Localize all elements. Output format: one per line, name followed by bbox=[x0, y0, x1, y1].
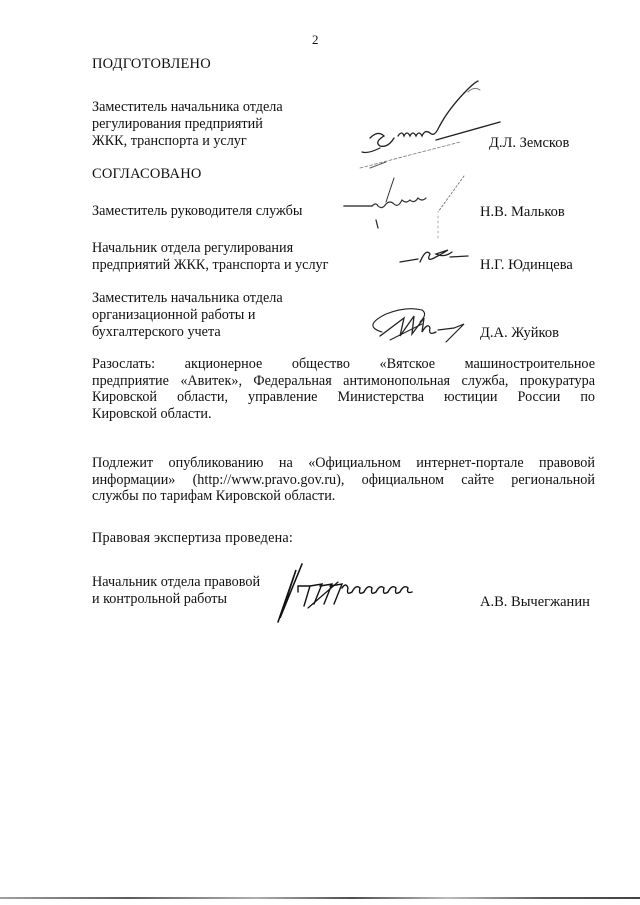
legal-review-statement: Правовая экспертиза проведена: bbox=[92, 530, 293, 547]
role-line: Заместитель руководителя службы bbox=[92, 203, 302, 220]
distribution-line: Разослать: акционерное общество «Вятское… bbox=[92, 356, 595, 373]
role-line: Заместитель начальника отдела bbox=[92, 290, 283, 307]
signatory-name-zhuikov: Д.А. Жуйков bbox=[480, 325, 559, 342]
publication-line: информации» (http://www.pravo.gov.ru), о… bbox=[92, 472, 595, 489]
signatory-role-vychegzhanin: Начальник отдела правовой и контрольной … bbox=[92, 574, 260, 608]
signatory-name-zemskov: Д.Л. Земсков bbox=[489, 135, 569, 152]
signatory-name-vychegzhanin: А.В. Вычегжанин bbox=[480, 594, 590, 611]
role-line: и контрольной работы bbox=[92, 591, 260, 608]
signatory-role-zemskov: Заместитель начальника отдела регулирова… bbox=[92, 99, 283, 150]
role-line: Заместитель начальника отдела bbox=[92, 99, 283, 116]
signature-zhuikov bbox=[362, 306, 482, 346]
publication-line: службы по тарифам Кировской области. bbox=[92, 488, 595, 505]
distribution-line: предприятие «Авитек», Федеральная антимо… bbox=[92, 373, 595, 390]
role-line: организационной работы и bbox=[92, 307, 283, 324]
role-line: бухгалтерского учета bbox=[92, 324, 283, 341]
role-line: ЖКК, транспорта и услуг bbox=[92, 133, 283, 150]
publication-line: Подлежит опубликованию на «Официальном и… bbox=[92, 455, 595, 472]
signatory-role-zhuikov: Заместитель начальника отдела организаци… bbox=[92, 290, 283, 341]
role-line: Начальник отдела правовой bbox=[92, 574, 260, 591]
distribution-line: Кировской области, управление Министерст… bbox=[92, 389, 595, 406]
signatory-name-yudintseva: Н.Г. Юдинцева bbox=[480, 257, 573, 274]
agreed-heading: СОГЛАСОВАНО bbox=[92, 166, 202, 183]
prepared-heading: ПОДГОТОВЛЕНО bbox=[92, 56, 211, 73]
scan-edge-line bbox=[0, 897, 640, 899]
role-line: предприятий ЖКК, транспорта и услуг bbox=[92, 257, 328, 274]
signatory-name-malkov: Н.В. Мальков bbox=[480, 204, 565, 221]
distribution-paragraph: Разослать: акционерное общество «Вятское… bbox=[92, 356, 595, 423]
signature-vychegzhanin bbox=[272, 562, 452, 626]
signatory-role-malkov: Заместитель руководителя службы bbox=[92, 203, 302, 220]
distribution-line: Кировской области. bbox=[92, 406, 595, 423]
role-line: регулирования предприятий bbox=[92, 116, 283, 133]
publication-paragraph: Подлежит опубликованию на «Официальном и… bbox=[92, 455, 595, 505]
signature-yudintseva bbox=[398, 246, 478, 270]
page-number: 2 bbox=[312, 31, 319, 48]
signature-zemskov bbox=[350, 80, 520, 170]
signatory-role-yudintseva: Начальник отдела регулирования предприят… bbox=[92, 240, 328, 274]
role-line: Начальник отдела регулирования bbox=[92, 240, 328, 257]
